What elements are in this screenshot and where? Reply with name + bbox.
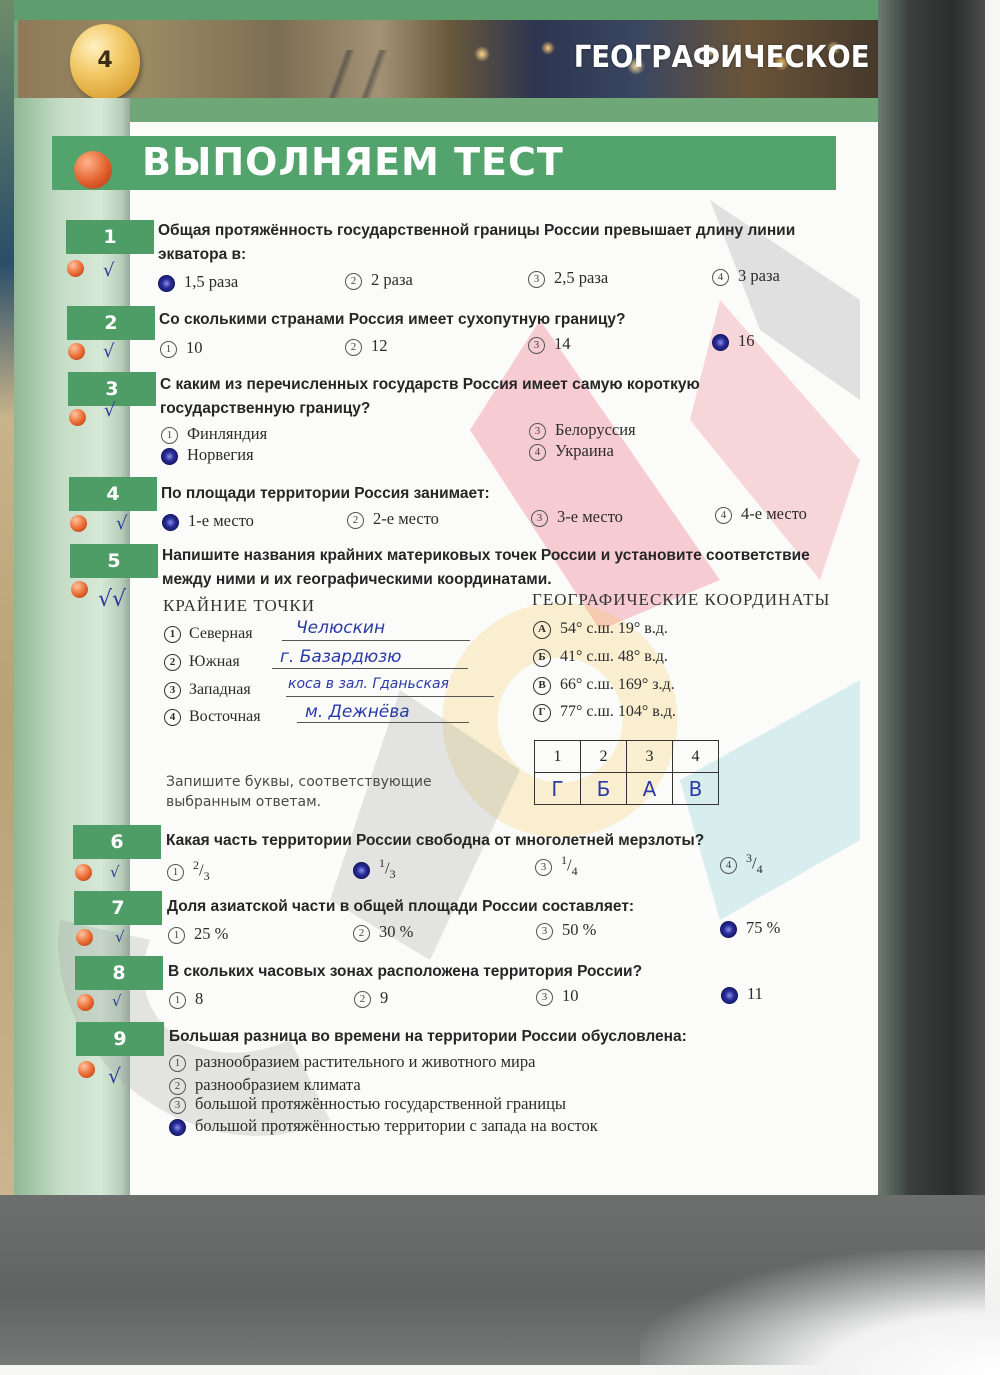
answer-table-header: 2 xyxy=(581,741,627,773)
question-7-option-2[interactable]: 230 % xyxy=(353,922,413,942)
answer-east-handwritten[interactable]: м. Дежнёва xyxy=(305,702,410,722)
answer-table-cell[interactable]: Б xyxy=(581,773,627,805)
radio-number-icon: 2 xyxy=(345,339,362,356)
answer-table-cell[interactable]: В xyxy=(673,773,719,805)
option-label: 2,5 раза xyxy=(554,268,608,287)
question-4-option-4[interactable]: 44-е место xyxy=(715,504,807,524)
option-label: 11 xyxy=(747,984,763,1003)
answer-line-north xyxy=(282,640,470,641)
question-1-option-2[interactable]: 22 раза xyxy=(345,270,413,290)
longitude: 19° xyxy=(618,620,640,637)
longitude-unit: в.д. xyxy=(652,703,676,720)
radio-number-icon: 1 xyxy=(167,864,184,881)
longitude: 104° xyxy=(618,703,648,720)
extreme-point-west: 3Западная xyxy=(164,681,251,699)
longitude-unit: з.д. xyxy=(652,676,674,693)
question-4-option-2[interactable]: 22-е место xyxy=(347,509,439,529)
scan-bottom-glare xyxy=(640,1250,1000,1375)
option-label: 12 xyxy=(371,336,388,355)
question-3-option-4[interactable]: 4Украина xyxy=(529,441,614,461)
option-label: 1,5 раза xyxy=(184,272,238,291)
question-7-number: 7 xyxy=(74,891,162,925)
denominator: 3 xyxy=(204,869,210,883)
question-9-bullet-icon xyxy=(78,1061,95,1078)
question-6-option-1[interactable]: 12/3 xyxy=(167,858,210,884)
extreme-point-north: 1Северная xyxy=(164,625,253,643)
answer-table-header: 1 xyxy=(535,741,581,773)
radio-number-icon: 1 xyxy=(161,427,178,444)
question-5-check-mark: √√ xyxy=(98,587,126,612)
adjacent-page-strip xyxy=(0,0,14,1195)
point-label: Южная xyxy=(189,653,240,670)
question-7-option-4[interactable]: 475 % xyxy=(720,918,780,938)
radio-selected-icon: 1 xyxy=(158,275,175,292)
coordinate-a: А54° с.ш. 19° в.д. xyxy=(533,620,668,639)
radio-number-icon: 4 xyxy=(720,857,737,874)
radio-number-icon: 3 xyxy=(528,271,545,288)
question-1-option-3[interactable]: 32,5 раза xyxy=(528,268,608,288)
coordinate-v: В66° с.ш. 169° з.д. xyxy=(533,676,675,695)
point-label: Северная xyxy=(189,625,253,642)
question-8-option-3[interactable]: 310 xyxy=(536,986,579,1006)
point-label: Восточная xyxy=(189,708,261,725)
option-label: 30 % xyxy=(379,922,413,941)
option-label: 16 xyxy=(738,331,755,350)
option-label: Финляндия xyxy=(187,424,267,443)
numerator: 1 xyxy=(379,856,385,870)
question-2-check-mark: √ xyxy=(103,341,114,362)
numerator: 2 xyxy=(193,858,199,872)
option-label: разнообразием климата xyxy=(195,1075,361,1094)
coordinates-header: ГЕОГРАФИЧЕСКИЕ КООРДИНАТЫ xyxy=(532,590,830,610)
answer-table-header: 4 xyxy=(673,741,719,773)
question-7-check-mark: √ xyxy=(115,928,125,946)
option-label: разнообразием растительного и животного … xyxy=(195,1052,535,1071)
option-label: 3-е место xyxy=(557,507,623,526)
radio-number-icon: 1 xyxy=(160,341,177,358)
question-7-bullet-icon xyxy=(76,929,93,946)
longitude-unit: в.д. xyxy=(644,620,668,637)
option-label: 25 % xyxy=(194,924,228,943)
number-circle-icon: 4 xyxy=(164,709,181,726)
question-3-bullet-icon xyxy=(69,409,86,426)
number-circle-icon: 3 xyxy=(164,682,181,699)
coordinate-g: Г77° с.ш. 104° в.д. xyxy=(533,703,676,722)
option-label: 10 xyxy=(186,338,203,357)
question-6-check-mark: √ xyxy=(110,863,120,881)
question-2-text: Со сколькими странами Россия имеет сухоп… xyxy=(159,308,849,332)
question-6-option-4[interactable]: 43/4 xyxy=(720,851,763,877)
longitude-unit: в.д. xyxy=(644,648,668,665)
numerator: 3 xyxy=(746,851,752,865)
question-7-option-1[interactable]: 125 % xyxy=(168,924,228,944)
question-3-option-1[interactable]: 1Финляндия xyxy=(161,424,267,444)
railway-photo xyxy=(258,50,458,98)
section-title: ВЫПОЛНЯЕМ ТЕСТ xyxy=(142,140,564,184)
latitude-unit: с.ш. xyxy=(586,676,613,693)
point-label: Западная xyxy=(189,681,251,698)
number-circle-icon: 2 xyxy=(164,654,181,671)
chapter-title: ГЕОГРАФИЧЕСКОЕ xyxy=(574,40,870,75)
question-1-bullet-icon xyxy=(67,260,84,277)
question-6-bullet-icon xyxy=(75,864,92,881)
radio-selected-icon: 2 xyxy=(161,448,178,465)
radio-number-icon: 2 xyxy=(345,273,362,290)
question-1-check-mark: √ xyxy=(103,260,114,281)
longitude: 48° xyxy=(618,648,640,665)
question-4-option-1[interactable]: 11-е место xyxy=(162,511,254,531)
question-5-bullet-icon xyxy=(71,581,88,598)
radio-selected-icon: 1 xyxy=(162,514,179,531)
question-4-option-3[interactable]: 33-е место xyxy=(531,507,623,527)
radio-number-icon: 3 xyxy=(536,923,553,940)
radio-number-icon: 3 xyxy=(528,337,545,354)
radio-selected-icon: 2 xyxy=(353,862,370,879)
answer-table: 1 2 3 4 Г Б А В xyxy=(534,740,719,805)
question-5-text: Напишите названия крайних материковых то… xyxy=(162,544,852,592)
option-label: 3 раза xyxy=(738,266,780,285)
question-1-text: Общая протяжённость государственной гран… xyxy=(158,219,848,267)
latitude: 41° xyxy=(560,648,582,665)
question-3-option-3[interactable]: 3Белоруссия xyxy=(529,420,636,440)
latitude: 54° xyxy=(560,620,582,637)
question-7-option-3[interactable]: 350 % xyxy=(536,920,596,940)
radio-number-icon: 3 xyxy=(531,510,548,527)
question-1-option-1[interactable]: 11,5 раза xyxy=(158,272,238,292)
question-9-option-2[interactable]: 2разнообразием климата xyxy=(169,1075,361,1095)
radio-number-icon: 3 xyxy=(529,423,546,440)
option-label: Белоруссия xyxy=(555,420,636,439)
answer-line-east xyxy=(297,722,469,723)
question-6-number: 6 xyxy=(73,825,161,859)
chapter-banner: ГЕОГРАФИЧЕСКОЕ xyxy=(18,20,878,98)
radio-selected-icon: 4 xyxy=(712,334,729,351)
question-1-number: 1 xyxy=(66,220,154,254)
letter-circle-icon: А xyxy=(533,621,551,639)
option-label: 4-е место xyxy=(741,504,807,523)
radio-number-icon: 4 xyxy=(529,444,546,461)
question-4-check-mark: √ xyxy=(116,513,127,534)
question-8-check-mark: √ xyxy=(112,992,122,1010)
question-7-text: Доля азиатской части в общей площади Рос… xyxy=(167,895,857,919)
question-9-option-3[interactable]: 3большой протяжённостью государственной … xyxy=(169,1094,566,1114)
answer-north-handwritten[interactable]: Челюскин xyxy=(296,618,385,638)
page-top-band xyxy=(14,0,878,20)
question-9-check-mark: √ xyxy=(108,1064,121,1088)
option-label: большой протяжённостью территории с запа… xyxy=(195,1116,598,1135)
radio-number-icon: 2 xyxy=(354,991,371,1008)
radio-number-icon: 2 xyxy=(169,1078,186,1095)
question-6-option-3[interactable]: 31/4 xyxy=(535,853,578,879)
question-6-option-2[interactable]: 21/3 xyxy=(353,856,396,882)
question-8-option-4[interactable]: 411 xyxy=(721,984,763,1004)
radio-number-icon: 4 xyxy=(712,269,729,286)
option-label: 2-е место xyxy=(373,509,439,528)
radio-selected-icon: 4 xyxy=(720,921,737,938)
question-9-option-1[interactable]: 1разнообразием растительного и животного… xyxy=(169,1052,535,1072)
radio-number-icon: 2 xyxy=(347,512,364,529)
question-8-option-1[interactable]: 18 xyxy=(169,989,203,1009)
letter-circle-icon: Г xyxy=(533,704,551,722)
question-4-number: 4 xyxy=(69,477,157,511)
option-label: большой протяжённостью государственной г… xyxy=(195,1094,566,1113)
answer-line-west xyxy=(286,696,494,697)
chapter-number: 4 xyxy=(70,48,140,73)
answer-table-cell[interactable]: Г xyxy=(535,773,581,805)
latitude: 77° xyxy=(560,703,582,720)
denominator: 4 xyxy=(757,862,763,876)
option-label: 9 xyxy=(380,988,388,1007)
extreme-point-south: 2Южная xyxy=(164,653,240,671)
question-3-option-2[interactable]: 2Норвегия xyxy=(161,445,254,465)
radio-selected-icon: 4 xyxy=(169,1119,186,1136)
option-label: 75 % xyxy=(746,918,780,937)
latitude: 66° xyxy=(560,676,582,693)
answer-line-south xyxy=(272,668,468,669)
answer-table-cell[interactable]: А xyxy=(627,773,673,805)
question-1-option-4[interactable]: 43 раза xyxy=(712,266,780,286)
radio-selected-icon: 4 xyxy=(721,987,738,1004)
radio-number-icon: 3 xyxy=(169,1097,186,1114)
number-circle-icon: 1 xyxy=(164,626,181,643)
answer-west-handwritten[interactable]: коса в зал. Гданьская xyxy=(288,676,449,692)
latitude-unit: с.ш. xyxy=(586,620,613,637)
latitude-unit: с.ш. xyxy=(586,648,613,665)
longitude: 169° xyxy=(618,676,648,693)
question-5-number: 5 xyxy=(70,544,158,578)
question-9-option-4[interactable]: 4большой протяжённостью территории с зап… xyxy=(169,1116,598,1136)
question-2-option-4[interactable]: 416 xyxy=(712,331,755,351)
option-label: Украина xyxy=(555,441,614,460)
scan-right-edge xyxy=(878,0,985,1362)
numerator: 1 xyxy=(561,853,567,867)
letter-circle-icon: В xyxy=(533,677,551,695)
question-2-number: 2 xyxy=(67,306,155,340)
option-label: Норвегия xyxy=(187,445,254,464)
question-2-bullet-icon xyxy=(68,343,85,360)
question-8-option-2[interactable]: 29 xyxy=(354,988,388,1008)
coordinate-b: Б41° с.ш. 48° в.д. xyxy=(533,648,668,667)
radio-number-icon: 2 xyxy=(353,925,370,942)
radio-number-icon: 3 xyxy=(535,859,552,876)
question-3-text: С каким из перечисленных государств Росс… xyxy=(160,373,760,421)
option-label: 8 xyxy=(195,989,203,1008)
question-8-number: 8 xyxy=(75,956,163,990)
radio-number-icon: 3 xyxy=(536,989,553,1006)
denominator: 3 xyxy=(390,867,396,881)
answer-table-header: 3 xyxy=(627,741,673,773)
answer-instruction: Запишите буквы, соответствующие выбранны… xyxy=(166,772,446,812)
option-label: 14 xyxy=(554,334,571,353)
radio-number-icon: 4 xyxy=(715,507,732,524)
question-8-bullet-icon xyxy=(77,994,94,1011)
radio-number-icon: 1 xyxy=(168,927,185,944)
question-6-text: Какая часть территории России свободна о… xyxy=(166,829,856,853)
denominator: 4 xyxy=(572,864,578,878)
extreme-point-east: 4Восточная xyxy=(164,708,261,726)
letter-circle-icon: Б xyxy=(533,649,551,667)
question-3-check-mark: √ xyxy=(104,400,115,421)
question-2-option-3[interactable]: 314 xyxy=(528,334,571,354)
option-label: 2 раза xyxy=(371,270,413,289)
radio-number-icon: 1 xyxy=(169,1055,186,1072)
question-9-text: Большая разница во времени на территории… xyxy=(169,1025,859,1049)
extreme-points-header: КРАЙНИЕ ТОЧКИ xyxy=(163,596,315,616)
latitude-unit: с.ш. xyxy=(586,703,613,720)
question-2-option-2[interactable]: 212 xyxy=(345,336,388,356)
option-label: 50 % xyxy=(562,920,596,939)
section-bullet-icon xyxy=(74,151,112,189)
question-4-bullet-icon xyxy=(70,515,87,532)
question-2-option-1[interactable]: 110 xyxy=(160,338,203,358)
option-label: 10 xyxy=(562,986,579,1005)
chapter-number-badge: 4 xyxy=(70,24,140,100)
radio-number-icon: 1 xyxy=(169,992,186,1009)
question-4-text: По площади территории Россия занимает: xyxy=(161,482,761,506)
question-9-number: 9 xyxy=(76,1022,164,1056)
question-8-text: В скольких часовых зонах расположена тер… xyxy=(168,960,858,984)
option-label: 1-е место xyxy=(188,511,254,530)
answer-table-answer-row: Г Б А В xyxy=(535,773,719,805)
answer-table-header-row: 1 2 3 4 xyxy=(535,741,719,773)
answer-south-handwritten[interactable]: г. Базардюзю xyxy=(280,647,401,667)
